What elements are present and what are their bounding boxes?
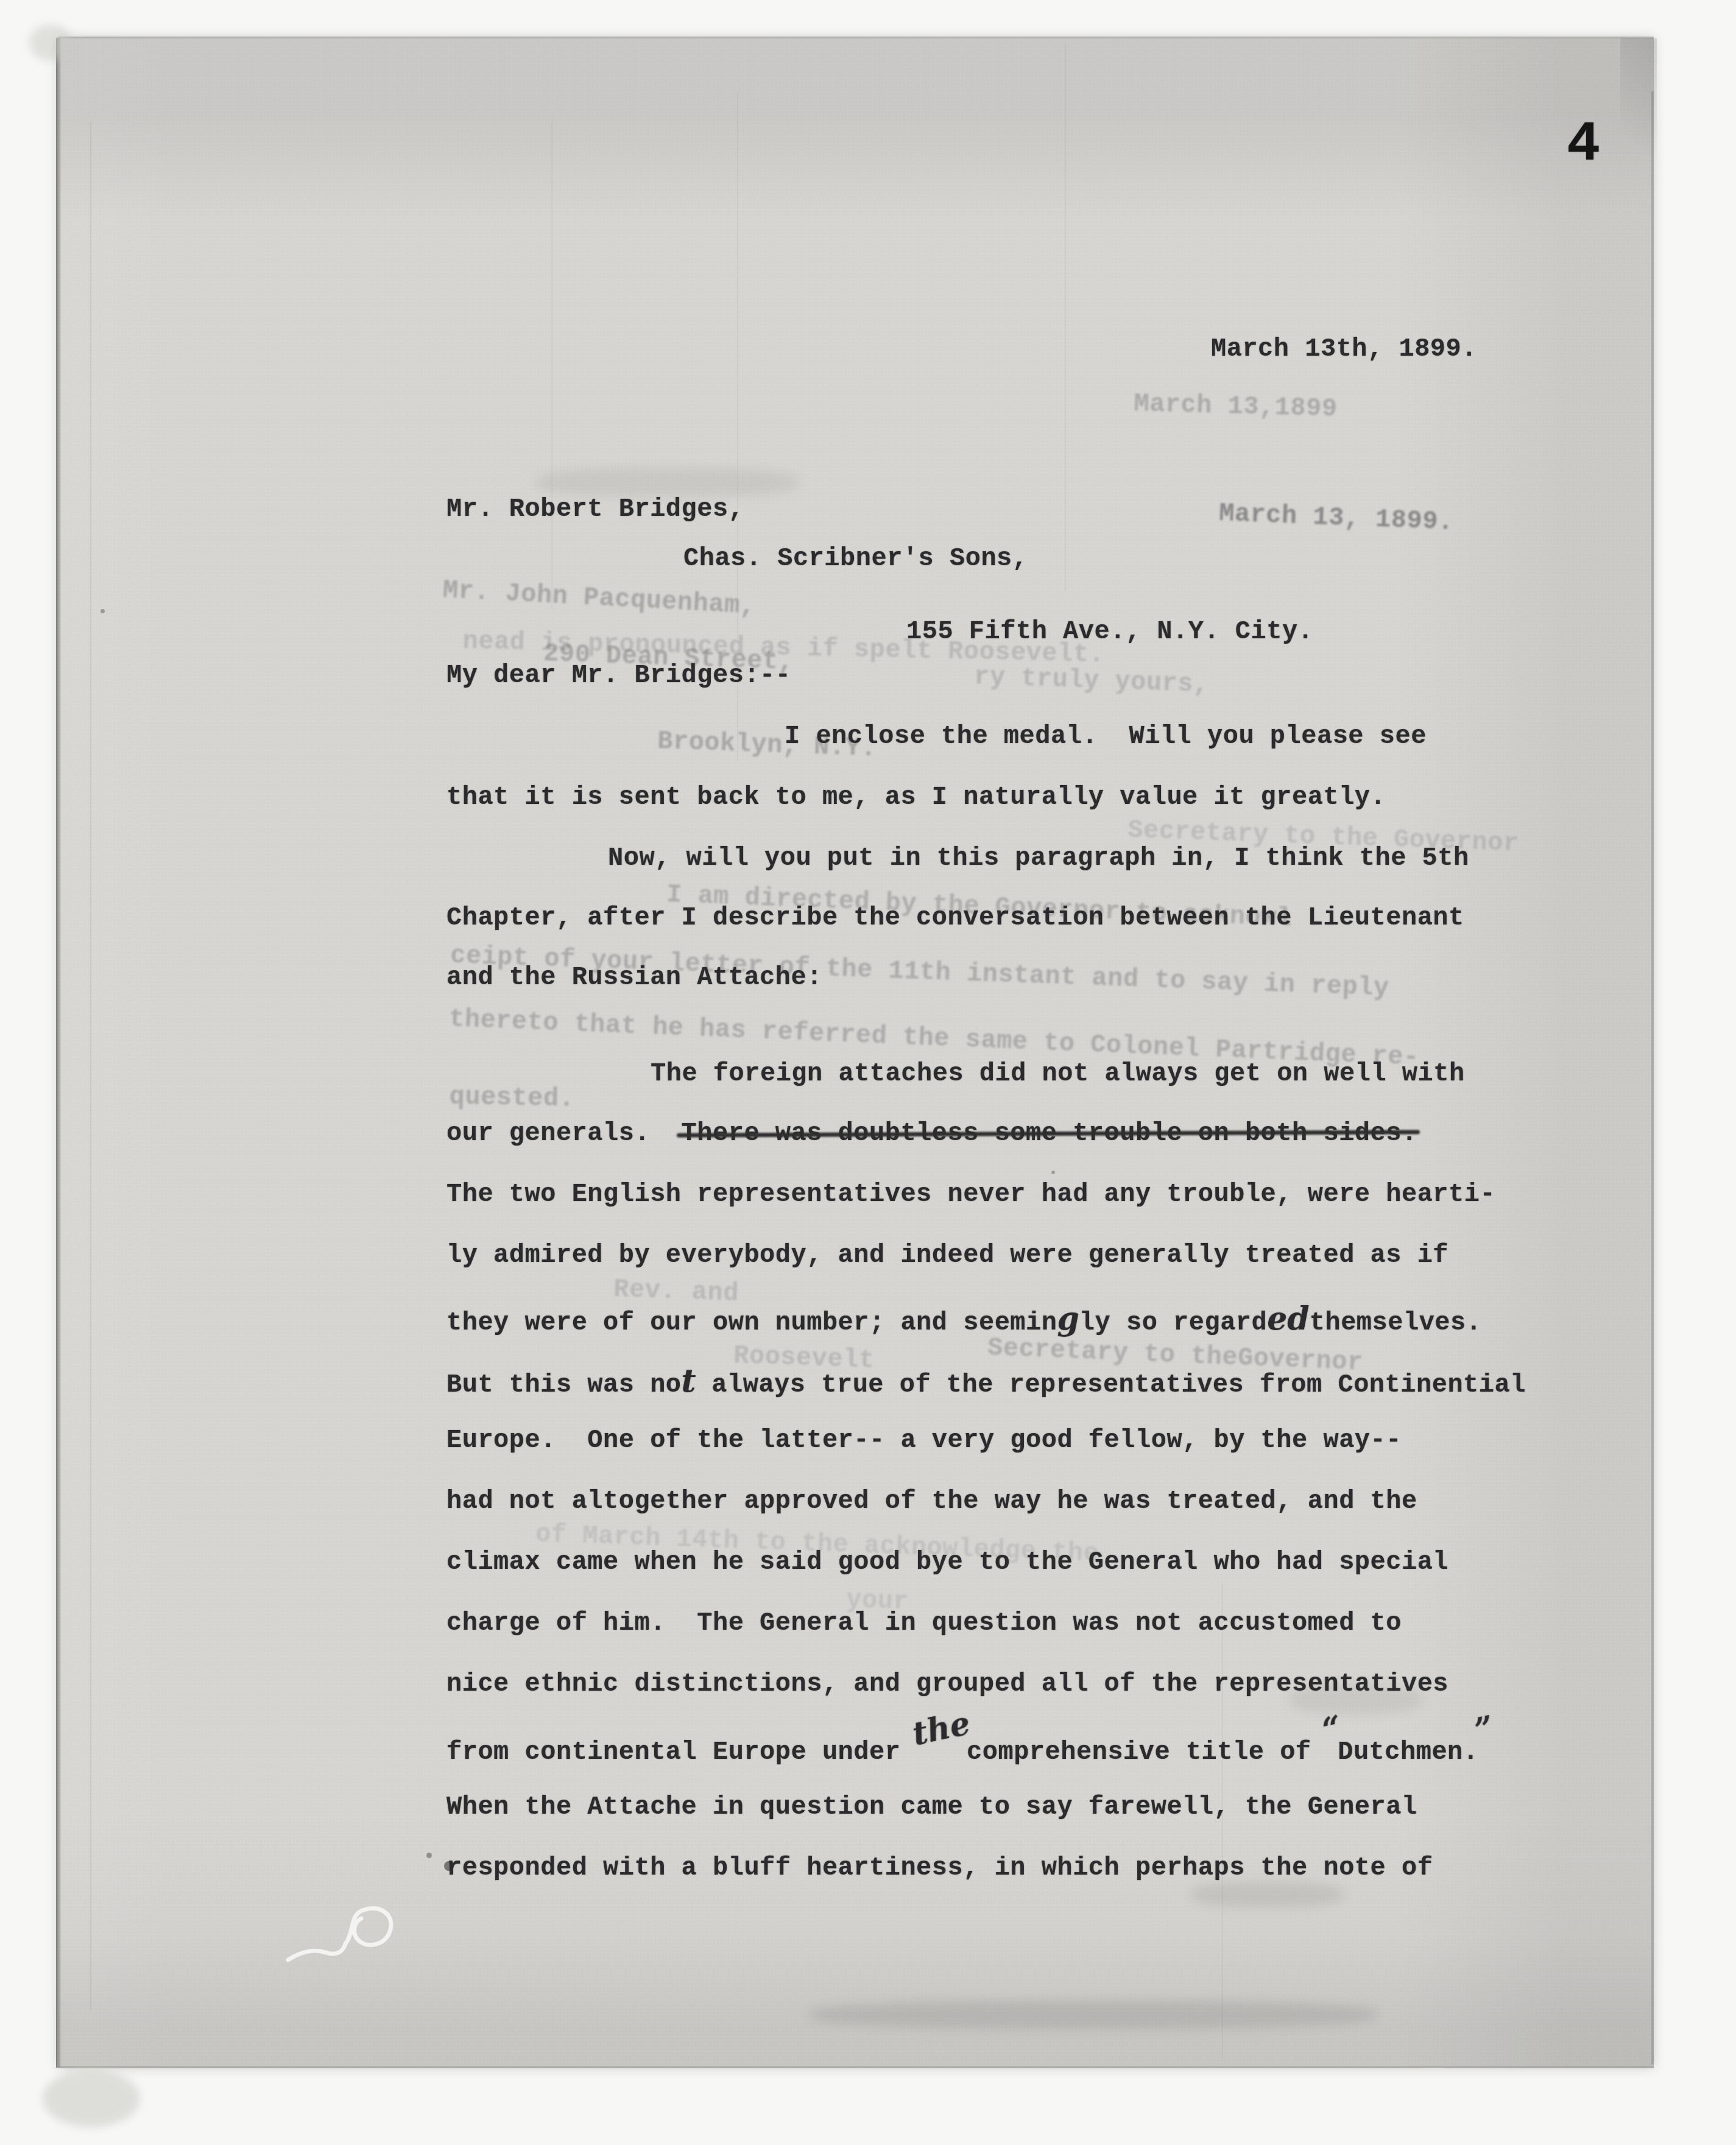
body-line: climax came when he said good bye to the… (446, 1549, 1448, 1575)
text-segment: March 13th, 1899. (1211, 334, 1477, 364)
text-segment: March 13,1899 (1134, 389, 1338, 424)
ghost-date-carbon: March 13,1899 (1134, 391, 1338, 422)
text-segment: themselves. (1310, 1308, 1482, 1337)
body-line: nice ethnic distinctions, and grouped al… (446, 1671, 1448, 1697)
text-segment: Now, will you put in this paragraph in, … (608, 844, 1469, 873)
text-segment: that it is sent back to me, as I natural… (446, 783, 1386, 812)
text-segment: The foreign attaches did not always get … (651, 1059, 1465, 1088)
ghost-rev: Rev. and (613, 1277, 739, 1306)
scan-corner-artifact (43, 2069, 140, 2127)
body-line: responded with a bluff heartiness, in wh… (446, 1855, 1433, 1881)
text-segment: responded with a bluff heartiness, in wh… (446, 1853, 1433, 1883)
text-segment: from continental Europe under (446, 1738, 916, 1767)
text-segment: charge of him. The General in question w… (446, 1608, 1402, 1638)
handwritten-mark: t (682, 1362, 696, 1400)
handwritten-mark: g (1057, 1300, 1079, 1337)
recipient-company: Chas. Scribner's Sons, (683, 546, 1028, 571)
text-segment: ly admired by everybody, and indeed were… (446, 1241, 1448, 1270)
body-line: When the Attache in question came to say… (446, 1794, 1417, 1820)
body-line: had not altogether approved of the way h… (446, 1488, 1417, 1514)
text-segment: always true of the representatives from … (696, 1370, 1526, 1400)
text-segment: When the Attache in question came to say… (446, 1792, 1417, 1822)
body-line-struck: our generals. There was doubtless some t… (446, 1121, 1417, 1146)
text-segment: Chas. Scribner's Sons, (683, 544, 1028, 573)
handwritten-mark: ed (1267, 1300, 1309, 1337)
ghost-quested: quested. (449, 1084, 574, 1112)
text-segment: nice ethnic distinctions, and grouped al… (446, 1669, 1448, 1699)
salutation: My dear Mr. Bridges:-- (446, 663, 791, 688)
text-segment: had not altogether approved of the way h… (446, 1487, 1417, 1516)
text-segment: I enclose the medal. Will you please see (785, 722, 1427, 751)
text-segment: they were of our own number; and seemin (446, 1308, 1057, 1337)
body-line-corrected: from continental Europe under thecompreh… (446, 1733, 1489, 1765)
body-line: ly admired by everybody, and indeed were… (446, 1242, 1448, 1268)
text-segment: But this was no (446, 1370, 682, 1400)
text-segment: Europe. One of the latter-- a very good … (446, 1426, 1402, 1455)
body-line: Europe. One of the latter-- a very good … (446, 1428, 1402, 1453)
body-line: The foreign attaches did not always get … (651, 1061, 1465, 1087)
text-segment: and the Russian Attache: (446, 963, 822, 992)
struck-text: There was doubtless some trouble on both… (682, 1121, 1417, 1146)
body-line: I enclose the medal. Will you please see (785, 724, 1427, 749)
text-segment: quested. (449, 1082, 574, 1114)
text-segment: My dear Mr. Bridges:-- (446, 661, 791, 690)
handwritten-mark: the (910, 1708, 973, 1751)
body-line: Chapter, after I describe the conversati… (446, 905, 1464, 931)
text-segment: Chapter, after I describe the conversati… (446, 903, 1464, 932)
text-segment: The two English representatives never ha… (446, 1180, 1495, 1209)
body-line: charge of him. The General in question w… (446, 1610, 1402, 1636)
text-segment: our generals. (446, 1119, 682, 1148)
body-line: that it is sent back to me, as I natural… (446, 784, 1386, 810)
text-segment: comprehensive title of (967, 1738, 1327, 1767)
body-line: Now, will you put in this paragraph in, … (608, 845, 1469, 871)
page-number: 4 (1567, 113, 1600, 177)
body-line-corrected: they were of our own number; and seeming… (446, 1303, 1481, 1336)
body-line: and the Russian Attache: (446, 965, 822, 990)
recipient-name: Mr. Robert Bridges, (446, 496, 744, 522)
text-segment: Dutchmen. (1338, 1738, 1478, 1767)
scanned-letter-page: 4 March 13th, 1899.March 13,1899Mr. Robe… (0, 0, 1736, 2145)
text-segment: climax came when he said good bye to the… (446, 1548, 1448, 1577)
text-segment: Mr. Robert Bridges, (446, 495, 744, 524)
text-segment: ly so regard (1079, 1308, 1267, 1337)
date-line: March 13th, 1899. (1211, 336, 1477, 362)
body-line-corrected: But this was not always true of the repr… (446, 1365, 1526, 1398)
body-line: The two English representatives never ha… (446, 1182, 1495, 1207)
